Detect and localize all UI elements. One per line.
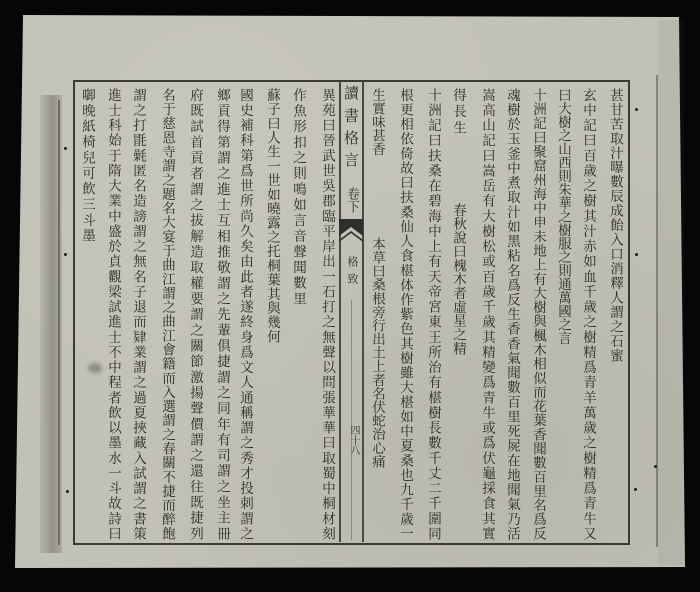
right-page-column-10-part-1: 生實味甚香	[369, 88, 385, 152]
ink-speck	[634, 488, 637, 491]
left-page-column-9: 進士科始于隋大業中盛於貞觀梁試進士不中程者飲以墨水一斗故詩曰	[105, 88, 121, 540]
center-column-right-rule	[362, 81, 364, 542]
left-page-column-8: 謂之打毷氉匿名造謗謂之無名子退而肄業謂之過夏挾藏入試謂之書策	[130, 88, 146, 540]
fish-tail-mark-icon	[339, 219, 363, 243]
right-page-column-10-part-2: 本草曰桑根旁行出土上者名伏蛇治心痛	[369, 237, 385, 468]
right-page-column-5: 魂樹於玉釜中煮取汁如黑粘名爲反生香香氣聞數百里死屍在地聞氣乃活	[504, 88, 520, 540]
right-margin-strip	[658, 20, 684, 565]
ink-speck	[64, 253, 67, 256]
right-page-column-6: 嵩高山記曰嵩岳有大樹松或百歲千歲其精變爲青牛或爲伏龜採食其實	[479, 88, 495, 540]
left-page-column-1: 異苑曰晉武世吳郡臨平岸出一石打之無聲以問張華華曰取蜀中桐材刻	[319, 88, 335, 540]
volume-label: 卷下	[343, 187, 359, 212]
right-margin-line	[656, 75, 658, 547]
right-page-column-4: 十洲記曰聚窟州海中申未地上有大樹與楓木相似而花葉香聞數百里名爲反	[530, 88, 546, 540]
ink-speck	[635, 108, 638, 111]
ink-speck	[66, 490, 69, 493]
left-page-column-3: 蘇子曰人生一世如曉露之托桐葉其與幾何	[264, 88, 280, 343]
center-fold-line	[351, 300, 352, 540]
left-page-column-2: 作魚形扣之則鳴如言音聲聞數里	[290, 88, 306, 305]
left-gutter-line	[58, 100, 60, 545]
left-page-column-10: 啣晚紙椅兒可飲三斗墨	[79, 88, 95, 242]
right-page-column-1: 甚甘苦取汁曝數辰成飴入口消釋人謂之石蜜	[607, 88, 623, 362]
paper-stain	[88, 363, 102, 373]
center-column-left-rule	[339, 81, 341, 542]
left-page-column-4: 國史補科第爲世所尚久矣由此者遂終身爲文人通稱謂之秀才投刺謂之	[237, 88, 253, 540]
ink-speck	[64, 147, 67, 150]
right-page-column-7-part-1: 得長生	[450, 88, 466, 134]
right-page-column-8: 十洲記曰扶桑在碧海中上有天帝宮東王所治有椹樹長數千丈二千圍同	[425, 88, 441, 540]
page-number: 四十八	[345, 425, 361, 452]
right-page-column-2: 玄中記曰百歲之樹其汁赤如血千歲之樹精爲青羊萬歲之樹精爲青牛又	[580, 88, 596, 540]
book-title: 讀書格言	[343, 85, 359, 167]
section-label: 格致	[344, 256, 360, 284]
right-page-column-7-part-2: 春秋說曰槐木者虛星之精	[450, 203, 466, 355]
right-page-column-9: 根更相依倚故曰扶桑仙人食椹体作紫色其樹雖大椹如中夏桑也九千歲一	[397, 88, 413, 540]
ink-speck	[635, 253, 638, 256]
right-page-column-3: 曰大樹之山西則朱華之樹服之則通萬國之言	[555, 88, 571, 343]
left-page-column-6: 府既試首貢者謂之拔解造取權要謂之關節激揚聲價謂之還往既捷列	[187, 88, 203, 540]
left-page-column-7: 名于慈恩寺謂之題名大宴于曲江謂之曲江會籍而入選謂之春關不捷而醉飽	[159, 88, 175, 540]
ink-speck	[654, 465, 657, 468]
left-page-column-5: 鄉貢得第謂之進士互相推敬謂之先輩俱捷謂之同年有司謂之坐主冊	[214, 88, 230, 540]
